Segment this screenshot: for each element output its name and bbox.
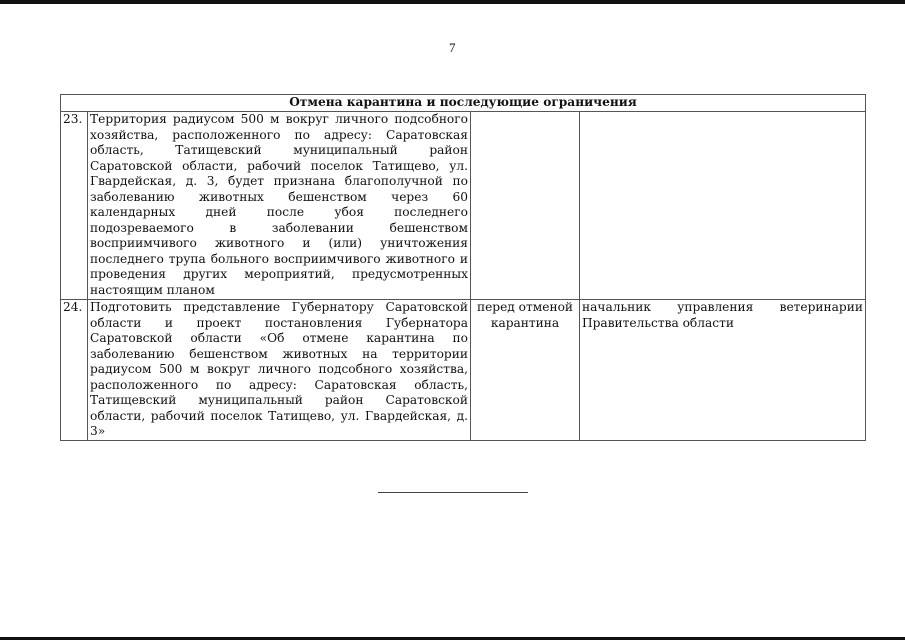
responsible-word: ветеринарии [780,300,863,316]
row-responsible [580,112,866,300]
table-row: 23. Территория радиусом 500 м вокруг лич… [61,112,866,300]
responsible-word: управления [677,300,753,316]
page-number: 7 [449,40,456,56]
end-divider-line [378,492,528,493]
quarantine-plan-table: Отмена карантина и последующие ограничен… [60,94,866,441]
row-measure-text: Подготовить представление Губернатору Са… [88,300,471,441]
row-responsible: начальник управления ветеринарии Правите… [580,300,866,441]
row-measure-text: Территория радиусом 500 м вокруг личного… [88,112,471,300]
row-term [471,112,580,300]
row-number: 24. [61,300,88,441]
row-term: перед отменой карантина [471,300,580,441]
scan-top-border [0,0,905,4]
section-header: Отмена карантина и последующие ограничен… [61,95,866,112]
table-row: 24. Подготовить представление Губернатор… [61,300,866,441]
responsible-word: начальник [582,300,651,316]
row-number: 23. [61,112,88,300]
responsible-rest: Правительства области [582,316,863,332]
section-header-row: Отмена карантина и последующие ограничен… [61,95,866,112]
